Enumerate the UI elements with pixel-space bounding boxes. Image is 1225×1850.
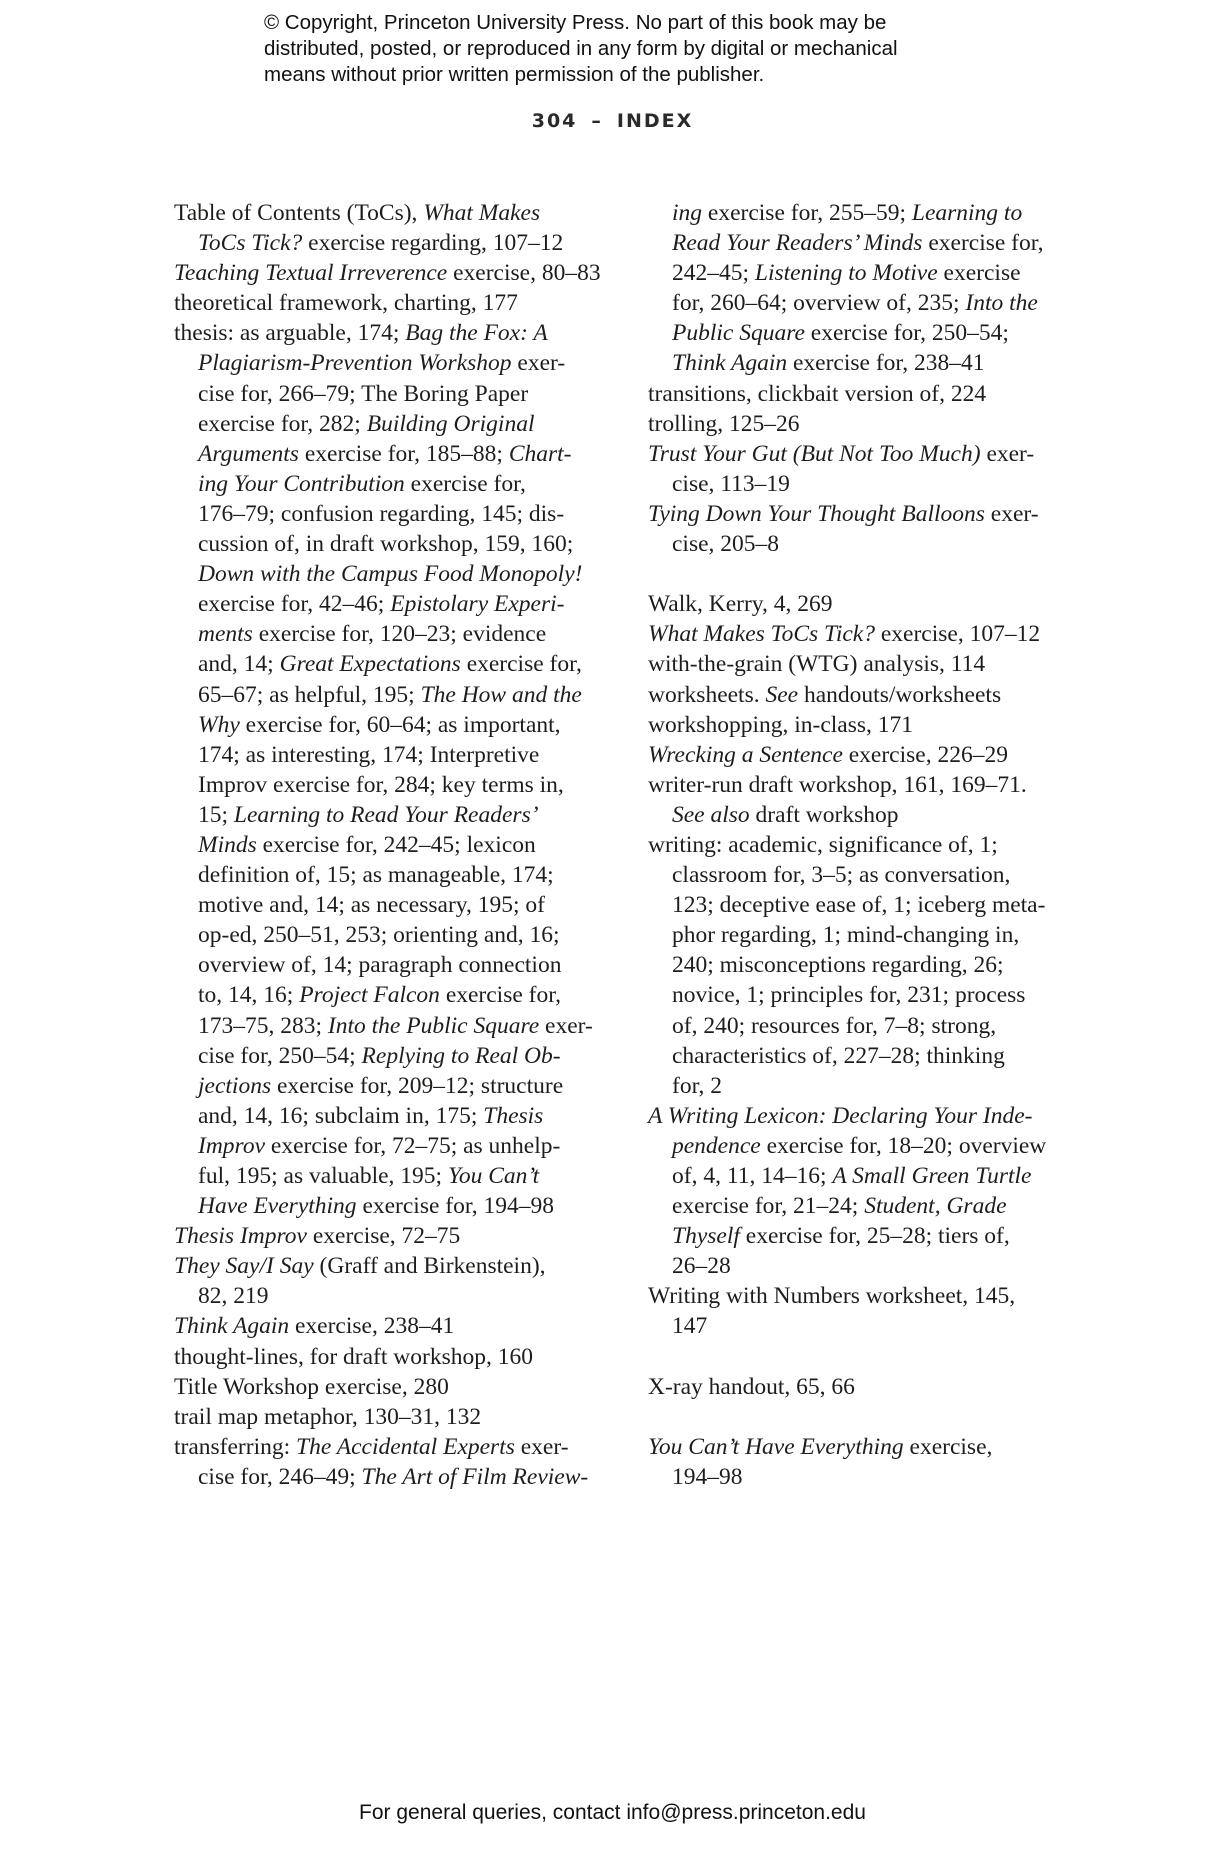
- italic-title: Project Falcon: [299, 982, 440, 1008]
- entry-text: 15;: [198, 802, 234, 828]
- index-subentry-line: Minds exercise for, 242–45; lexicon: [174, 830, 604, 860]
- entry-text: exercise for,: [405, 471, 526, 497]
- entry-text: exer-: [981, 441, 1035, 467]
- index-entry-line: You Can’t Have Everything exercise,: [648, 1432, 1088, 1462]
- index-subentry-line: exercise for, 282; Building Original: [174, 409, 604, 439]
- italic-title: jections: [198, 1073, 271, 1099]
- entry-text: and, 14, 16; subclaim in, 175;: [198, 1103, 483, 1129]
- italic-title: Thesis Improv: [174, 1223, 307, 1249]
- entry-text: with-the-grain (WTG) analysis, 114: [648, 651, 985, 677]
- entry-text: exercise for, 25–28; tiers of,: [740, 1223, 1010, 1249]
- entry-text: exercise, 80–83: [447, 260, 600, 286]
- entry-text: 123; deceptive ease of, 1; iceberg meta-: [672, 892, 1045, 918]
- index-subentry-line: pendence exercise for, 18–20; overview: [648, 1131, 1088, 1161]
- entry-text: Writing with Numbers worksheet, 145,: [648, 1283, 1015, 1309]
- italic-title: Improv: [198, 1133, 265, 1159]
- index-subentry-line: Improv exercise for, 72–75; as unhelp-: [174, 1131, 604, 1161]
- index-entry-line: transferring: The Accidental Experts exe…: [174, 1432, 604, 1462]
- index-entry-line: What Makes ToCs Tick? exercise, 107–12: [648, 619, 1088, 649]
- index-subentry-line: 65–67; as helpful, 195; The How and the: [174, 680, 604, 710]
- index-entry-line: thesis: as arguable, 174; Bag the Fox: A: [174, 318, 604, 348]
- footer-contact: For general queries, contact info@press.…: [0, 1801, 1225, 1825]
- italic-title: You Can’t: [448, 1163, 539, 1189]
- entry-text: overview of, 14; paragraph connection: [198, 952, 561, 978]
- entry-text: exer-: [515, 1434, 569, 1460]
- index-entry-line: Teaching Textual Irreverence exercise, 8…: [174, 258, 604, 288]
- copyright-line: means without prior written permission o…: [264, 62, 1024, 88]
- italic-title: Listening to Motive: [755, 260, 938, 286]
- italic-title: Why: [198, 712, 240, 738]
- italic-title: What Makes ToCs Tick?: [648, 621, 875, 647]
- index-entry-line: trail map metaphor, 130–31, 132: [174, 1402, 604, 1432]
- index-subentry-line: 147: [648, 1311, 1088, 1341]
- index-subentry-line: ful, 195; as valuable, 195; You Can’t: [174, 1161, 604, 1191]
- index-subentry-line: cise for, 246–49; The Art of Film Review…: [174, 1462, 604, 1492]
- entry-text: exer-: [985, 501, 1039, 527]
- index-subentry-line: for, 2: [648, 1071, 1088, 1101]
- index-subentry-line: of, 240; resources for, 7–8; strong,: [648, 1011, 1088, 1041]
- copyright-line: © Copyright, Princeton University Press.…: [264, 10, 1024, 36]
- index-entry-line: Wrecking a Sentence exercise, 226–29: [648, 740, 1088, 770]
- index-subentry-line: ing exercise for, 255–59; Learning to: [648, 198, 1088, 228]
- entry-text: theoretical framework, charting, 177: [174, 290, 518, 316]
- italic-title: A Writing Lexicon: Declaring Your Inde-: [648, 1103, 1032, 1129]
- entry-text: exercise, 238–41: [289, 1313, 454, 1339]
- index-subentry-line: ments exercise for, 120–23; evidence: [174, 619, 604, 649]
- index-subentry-line: overview of, 14; paragraph connection: [174, 950, 604, 980]
- entry-text: Walk, Kerry, 4, 269: [648, 591, 833, 617]
- index-subentry-line: cise for, 250–54; Replying to Real Ob-: [174, 1041, 604, 1071]
- index-subentry-line: ing Your Contribution exercise for,: [174, 469, 604, 499]
- italic-title: pendence: [672, 1133, 761, 1159]
- index-subentry-line: Read Your Readers’ Minds exercise for,: [648, 228, 1088, 258]
- index-subentry-line: cise for, 266–79; The Boring Paper: [174, 379, 604, 409]
- entry-text: 82, 219: [198, 1283, 269, 1309]
- index-subentry-line: 173–75, 283; Into the Public Square exer…: [174, 1011, 604, 1041]
- index-entry-line: with-the-grain (WTG) analysis, 114: [648, 649, 1088, 679]
- entry-text: exercise for,: [461, 651, 582, 677]
- index-subentry-line: of, 4, 11, 14–16; A Small Green Turtle: [648, 1161, 1088, 1191]
- entry-text: cise for, 246–49;: [198, 1464, 362, 1490]
- italic-title: The Art of Film Review-: [362, 1464, 589, 1490]
- entry-text: classroom for, 3–5; as conversation,: [672, 862, 1010, 888]
- italic-title: Plagiarism-Prevention Workshop: [198, 350, 512, 376]
- index-subentry-line: and, 14; Great Expectations exercise for…: [174, 649, 604, 679]
- index-subentry-line: and, 14, 16; subclaim in, 175; Thesis: [174, 1101, 604, 1131]
- entry-text: handouts/worksheets: [798, 682, 1001, 708]
- entry-text: to, 14, 16;: [198, 982, 299, 1008]
- entry-text: Title Workshop exercise, 280: [174, 1374, 449, 1400]
- italic-title: Have Everything: [198, 1193, 357, 1219]
- italic-title: Replying to Real Ob-: [362, 1043, 561, 1069]
- italic-title: The How and the: [421, 682, 582, 708]
- italic-title: ToCs Tick?: [198, 230, 302, 256]
- index-subentry-line: to, 14, 16; Project Falcon exercise for,: [174, 980, 604, 1010]
- entry-text: of, 240; resources for, 7–8; strong,: [672, 1013, 996, 1039]
- index-subentry-line: classroom for, 3–5; as conversation,: [648, 860, 1088, 890]
- entry-text: 240; misconceptions regarding, 26;: [672, 952, 1004, 978]
- entry-text: novice, 1; principles for, 231; process: [672, 982, 1025, 1008]
- index-subentry-line: exercise for, 42–46; Epistolary Experi-: [174, 589, 604, 619]
- index-subentry-line: Think Again exercise for, 238–41: [648, 348, 1088, 378]
- entry-text: definition of, 15; as manageable, 174;: [198, 862, 554, 888]
- index-subentry-line: Have Everything exercise for, 194–98: [174, 1191, 604, 1221]
- italic-title: Tying Down Your Thought Balloons: [648, 501, 985, 527]
- italic-title: Down with the Campus Food Monopoly!: [198, 561, 582, 587]
- index-subentry-line: 242–45; Listening to Motive exercise: [648, 258, 1088, 288]
- entry-text: 26–28: [672, 1253, 731, 1279]
- entry-text: exercise for, 18–20; overview: [761, 1133, 1047, 1159]
- entry-text: exercise for, 72–75; as unhelp-: [265, 1133, 560, 1159]
- entry-text: writer-run draft workshop, 161, 169–71.: [648, 772, 1027, 798]
- entry-text: and, 14;: [198, 651, 280, 677]
- index-subentry-line: Improv exercise for, 284; key terms in,: [174, 770, 604, 800]
- italic-title: Building Original: [367, 411, 535, 437]
- index-subentry-line: Public Square exercise for, 250–54;: [648, 318, 1088, 348]
- index-subentry-line: Arguments exercise for, 185–88; Chart-: [174, 439, 604, 469]
- entry-text: exer-: [512, 350, 566, 376]
- index-subentry-line: motive and, 14; as necessary, 195; of: [174, 890, 604, 920]
- entry-text: exercise for, 282;: [198, 411, 367, 437]
- index-entry-line: They Say/I Say (Graff and Birkenstein),: [174, 1251, 604, 1281]
- entry-text: transferring:: [174, 1434, 296, 1460]
- italic-title: Epistolary Experi-: [390, 591, 564, 617]
- index-subentry-line: 194–98: [648, 1462, 1088, 1492]
- entry-text: of, 4, 11, 14–16;: [672, 1163, 832, 1189]
- entry-text: 194–98: [672, 1464, 743, 1490]
- entry-text: exercise for, 120–23; evidence: [253, 621, 546, 647]
- entry-text: motive and, 14; as necessary, 195; of: [198, 892, 545, 918]
- page-number: 304: [532, 110, 578, 132]
- entry-text: exercise for, 242–45; lexicon: [257, 832, 536, 858]
- italic-title: Wrecking a Sentence: [648, 742, 843, 768]
- entry-text: cise, 205–8: [672, 531, 779, 557]
- italic-title: Thyself: [672, 1223, 740, 1249]
- entry-text: exercise, 72–75: [307, 1223, 460, 1249]
- entry-text: exercise, 226–29: [843, 742, 1008, 768]
- entry-text: exercise for, 238–41: [787, 350, 984, 376]
- italic-title: What Makes: [423, 200, 540, 226]
- entry-text: Table of Contents (ToCs),: [174, 200, 423, 226]
- entry-text: exercise,: [904, 1434, 993, 1460]
- index-subentry-line: phor regarding, 1; mind-changing in,: [648, 920, 1088, 950]
- index-subentry-line: 240; misconceptions regarding, 26;: [648, 950, 1088, 980]
- italic-title: Trust Your Gut (But Not Too Much): [648, 441, 981, 467]
- index-subentry-line: Down with the Campus Food Monopoly!: [174, 559, 604, 589]
- entry-text: Improv exercise for, 284; key terms in,: [198, 772, 564, 798]
- italic-title: Thesis: [483, 1103, 543, 1129]
- index-subentry-line: jections exercise for, 209–12; structure: [174, 1071, 604, 1101]
- entry-text: exercise for,: [922, 230, 1043, 256]
- italic-title: Think Again: [672, 350, 787, 376]
- italic-title: You Can’t Have Everything: [648, 1434, 904, 1460]
- index-subentry-line: for, 260–64; overview of, 235; Into the: [648, 288, 1088, 318]
- italic-title: Teaching Textual Irreverence: [174, 260, 447, 286]
- index-subentry-line: ToCs Tick? exercise regarding, 107–12: [174, 228, 604, 258]
- entry-text: cise, 113–19: [672, 471, 790, 497]
- index-subentry-line: op-ed, 250–51, 253; orienting and, 16;: [174, 920, 604, 950]
- index-subentry-line: 15; Learning to Read Your Readers’: [174, 800, 604, 830]
- italic-title: Read Your Readers’ Minds: [672, 230, 922, 256]
- entry-text: exercise for, 209–12; structure: [271, 1073, 563, 1099]
- entry-text: characteristics of, 227–28; thinking: [672, 1043, 1005, 1069]
- index-entry-line: writing: academic, significance of, 1;: [648, 830, 1088, 860]
- entry-text: 147: [672, 1313, 707, 1339]
- index-entry-line: Writing with Numbers worksheet, 145,: [648, 1281, 1088, 1311]
- index-entry-line: trolling, 125–26: [648, 409, 1088, 439]
- italic-title: They Say/I Say: [174, 1253, 314, 1279]
- italic-title: ments: [198, 621, 253, 647]
- index-subentry-line: 123; deceptive ease of, 1; iceberg meta-: [648, 890, 1088, 920]
- letter-group-gap: [648, 1402, 1088, 1432]
- copyright-line: distributed, posted, or reproduced in an…: [264, 36, 1024, 62]
- entry-text: cise for, 250–54;: [198, 1043, 362, 1069]
- entry-text: phor regarding, 1; mind-changing in,: [672, 922, 1019, 948]
- index-entry-line: Tying Down Your Thought Balloons exer-: [648, 499, 1088, 529]
- italic-title: See also: [672, 802, 750, 828]
- italic-title: Minds: [198, 832, 257, 858]
- entry-text: 174; as interesting, 174; Interpretive: [198, 742, 539, 768]
- index-entry-line: worksheets. See handouts/worksheets: [648, 680, 1088, 710]
- italic-title: Learning to Read Your Readers’: [234, 802, 539, 828]
- copyright-notice: © Copyright, Princeton University Press.…: [264, 10, 1024, 88]
- index-entry-line: X-ray handout, 65, 66: [648, 1372, 1088, 1402]
- entry-text: cussion of, in draft workshop, 159, 160;: [198, 531, 573, 557]
- entry-text: 242–45;: [672, 260, 755, 286]
- index-subentry-line: characteristics of, 227–28; thinking: [648, 1041, 1088, 1071]
- italic-title: Learning to: [912, 200, 1022, 226]
- entry-text: 65–67; as helpful, 195;: [198, 682, 421, 708]
- entry-text: transitions, clickbait version of, 224: [648, 381, 986, 407]
- italic-title: ing: [672, 200, 702, 226]
- entry-text: X-ray handout, 65, 66: [648, 1374, 855, 1400]
- entry-text: thesis: as arguable, 174;: [174, 320, 405, 346]
- index-entry-line: Trust Your Gut (But Not Too Much) exer-: [648, 439, 1088, 469]
- entry-text: for, 260–64; overview of, 235;: [672, 290, 965, 316]
- entry-text: exercise for, 60–64; as important,: [240, 712, 561, 738]
- index-subentry-line: 26–28: [648, 1251, 1088, 1281]
- italic-title: Great Expectations: [280, 651, 461, 677]
- entry-text: 176–79; confusion regarding, 145; dis-: [198, 501, 564, 527]
- index-subentry-line: Why exercise for, 60–64; as important,: [174, 710, 604, 740]
- italic-title: Student, Grade: [864, 1193, 1006, 1219]
- entry-text: exercise for, 42–46;: [198, 591, 390, 617]
- index-entry-line: workshopping, in-class, 171: [648, 710, 1088, 740]
- entry-text: exercise: [938, 260, 1021, 286]
- index-entry-line: transitions, clickbait version of, 224: [648, 379, 1088, 409]
- index-subentry-line: Thyself exercise for, 25–28; tiers of,: [648, 1221, 1088, 1251]
- index-entry-line: Table of Contents (ToCs), What Makes: [174, 198, 604, 228]
- italic-title: Public Square: [672, 320, 805, 346]
- index-column-right: ing exercise for, 255–59; Learning toRea…: [648, 198, 1088, 1492]
- letter-group-gap: [648, 1342, 1088, 1372]
- entry-text: 173–75, 283;: [198, 1013, 328, 1039]
- entry-text: (Graff and Birkenstein),: [314, 1253, 546, 1279]
- entry-text: exercise for, 250–54;: [805, 320, 1009, 346]
- entry-text: op-ed, 250–51, 253; orienting and, 16;: [198, 922, 560, 948]
- italic-title: A Small Green Turtle: [832, 1163, 1031, 1189]
- entry-text: exercise for, 185–88;: [299, 441, 509, 467]
- entry-text: cise for, 266–79; The Boring Paper: [198, 381, 528, 407]
- entry-text: draft workshop: [750, 802, 899, 828]
- entry-text: trail map metaphor, 130–31, 132: [174, 1404, 481, 1430]
- letter-group-gap: [648, 559, 1088, 589]
- running-head: 304–INDEX: [0, 110, 1225, 132]
- italic-title: Into the Public Square: [328, 1013, 539, 1039]
- index-entry-line: thought-lines, for draft workshop, 160: [174, 1342, 604, 1372]
- index-column-left: Table of Contents (ToCs), What MakesToCs…: [174, 198, 604, 1492]
- index-subentry-line: See also draft workshop: [648, 800, 1088, 830]
- italic-title: Bag the Fox: A: [405, 320, 547, 346]
- entry-text: writing: academic, significance of, 1;: [648, 832, 998, 858]
- index-subentry-line: Plagiarism-Prevention Workshop exer-: [174, 348, 604, 378]
- index-subentry-line: 82, 219: [174, 1281, 604, 1311]
- index-subentry-line: 176–79; confusion regarding, 145; dis-: [174, 499, 604, 529]
- entry-text: exer-: [539, 1013, 593, 1039]
- entry-text: exercise for,: [440, 982, 561, 1008]
- italic-title: ing Your Contribution: [198, 471, 405, 497]
- index-subentry-line: cise, 205–8: [648, 529, 1088, 559]
- entry-text: trolling, 125–26: [648, 411, 799, 437]
- entry-text: exercise regarding, 107–12: [302, 230, 563, 256]
- index-subentry-line: 174; as interesting, 174; Interpretive: [174, 740, 604, 770]
- index-entry-line: Walk, Kerry, 4, 269: [648, 589, 1088, 619]
- index-subentry-line: novice, 1; principles for, 231; process: [648, 980, 1088, 1010]
- entry-text: exercise for, 255–59;: [702, 200, 912, 226]
- italic-title: The Accidental Experts: [296, 1434, 515, 1460]
- index-subentry-line: cussion of, in draft workshop, 159, 160;: [174, 529, 604, 559]
- index-subentry-line: definition of, 15; as manageable, 174;: [174, 860, 604, 890]
- italic-title: Arguments: [198, 441, 299, 467]
- italic-title: Into the: [965, 290, 1037, 316]
- index-entry-line: Title Workshop exercise, 280: [174, 1372, 604, 1402]
- entry-text: thought-lines, for draft workshop, 160: [174, 1344, 533, 1370]
- index-entry-line: Thesis Improv exercise, 72–75: [174, 1221, 604, 1251]
- italic-title: See: [765, 682, 798, 708]
- index-subentry-line: exercise for, 21–24; Student, Grade: [648, 1191, 1088, 1221]
- entry-text: for, 2: [672, 1073, 722, 1099]
- entry-text: exercise for, 21–24;: [672, 1193, 864, 1219]
- index-subentry-line: cise, 113–19: [648, 469, 1088, 499]
- entry-text: workshopping, in-class, 171: [648, 712, 913, 738]
- italic-title: Chart-: [509, 441, 572, 467]
- entry-text: exercise for, 194–98: [357, 1193, 554, 1219]
- running-head-separator: –: [591, 110, 603, 132]
- entry-text: exercise, 107–12: [875, 621, 1040, 647]
- index-entry-line: Think Again exercise, 238–41: [174, 1311, 604, 1341]
- index-entry-line: theoretical framework, charting, 177: [174, 288, 604, 318]
- entry-text: worksheets.: [648, 682, 765, 708]
- index-entry-line: A Writing Lexicon: Declaring Your Inde-: [648, 1101, 1088, 1131]
- entry-text: ful, 195; as valuable, 195;: [198, 1163, 448, 1189]
- section-title: INDEX: [617, 110, 693, 132]
- index-entry-line: writer-run draft workshop, 161, 169–71.: [648, 770, 1088, 800]
- italic-title: Think Again: [174, 1313, 289, 1339]
